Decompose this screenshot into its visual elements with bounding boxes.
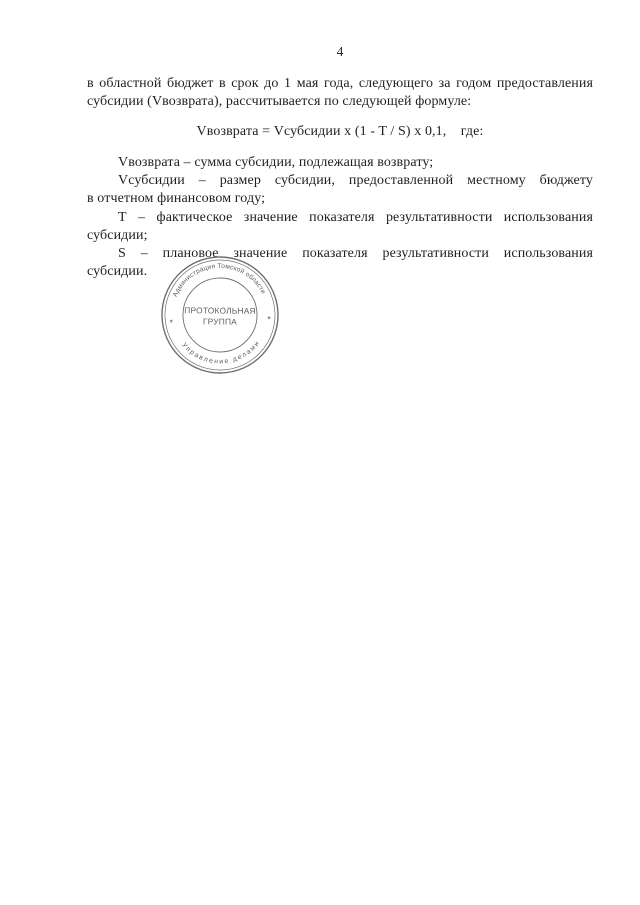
definition-line: Vсубсидии – размер субсидии, предоставле… bbox=[87, 172, 593, 190]
definition-line: в отчетном финансовом году; bbox=[87, 190, 593, 208]
definition-line: Vвозврата – сумма субсидии, подлежащая в… bbox=[87, 154, 593, 172]
round-stamp: Администрация Томской области Управление… bbox=[155, 250, 285, 380]
document-page: 4 в областной бюджет в срок до 1 мая год… bbox=[0, 0, 640, 905]
stamp-center-line2: ГРУППА bbox=[203, 316, 237, 326]
stamp-right-star: * bbox=[267, 314, 271, 324]
stamp-center-line1: ПРОТОКОЛЬНАЯ bbox=[184, 305, 256, 316]
stamp-left-star: * bbox=[169, 318, 173, 328]
page-number: 4 bbox=[87, 43, 593, 61]
definition-line: субсидии; bbox=[87, 227, 593, 245]
formula-line: Vвозврата = Vсубсидии x (1 - T / S) x 0,… bbox=[87, 123, 593, 141]
paragraph-line: в областной бюджет в срок до 1 мая года,… bbox=[87, 75, 593, 93]
paragraph-line: субсидии (Vвозврата), рассчитывается по … bbox=[87, 93, 593, 111]
definition-line: Т – фактическое значение показателя резу… bbox=[87, 209, 593, 227]
